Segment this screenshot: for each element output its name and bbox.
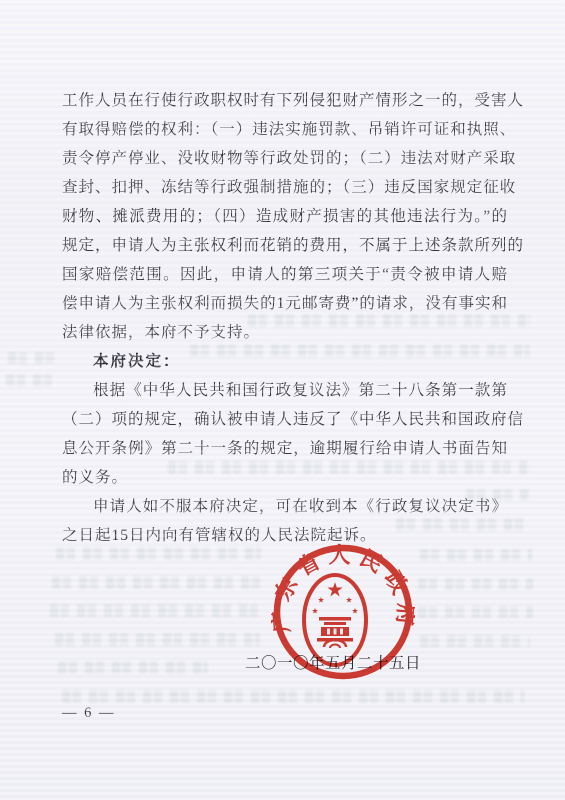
small-star-icon xyxy=(352,608,358,614)
big-star-icon xyxy=(327,582,342,596)
document-line: 责令停产停业、没收财物等行政处罚的；（二）违法对财产采取 xyxy=(62,144,508,173)
page-number: — 6 — xyxy=(62,705,116,722)
bleed-through-text xyxy=(168,461,530,474)
scanned-document-page: 工作人员在行使行政职权时有下列侵犯财产情形之一的，受害人 有取得赔偿的权利：（一… xyxy=(0,0,565,800)
document-line: 有取得赔偿的权利：（一）违法实施罚款、吊销许可证和执照、 xyxy=(62,115,508,144)
tiananmen-gate-icon xyxy=(317,617,353,648)
bleed-through-text xyxy=(55,633,260,646)
bleed-through-text xyxy=(418,606,533,618)
bleed-through-text xyxy=(418,578,533,590)
document-line: （二）项的规定，确认被申请人违反了《中华人民共和国政府信 xyxy=(62,405,508,434)
bleed-through-text xyxy=(8,352,60,364)
bleed-through-text xyxy=(466,489,530,501)
bleed-through-text xyxy=(50,604,265,617)
document-line: 息公开条例》第二十一条的规定，逾期履行给申请人书面告知 xyxy=(62,434,508,463)
document-date: 二〇一〇年五月二十五日 xyxy=(245,651,421,673)
bleed-through-text xyxy=(56,547,261,560)
bleed-through-text xyxy=(52,576,262,589)
bleed-through-text xyxy=(6,374,52,386)
document-line: 查封、扣押、冻结等行政强制措施的；（三）违反国家规定征收 xyxy=(62,173,508,202)
bleed-through-text xyxy=(420,549,532,561)
bleed-through-text xyxy=(190,344,530,357)
document-line: 规定，申请人为主张权利而花销的费用，不属于上述条款所列的 xyxy=(62,231,508,260)
bleed-through-text xyxy=(396,518,528,531)
small-star-icon xyxy=(318,597,324,603)
bleed-through-text xyxy=(420,635,530,647)
document-line: 国家赔偿范围。因此，申请人的第三项关于“责令被申请人赔 xyxy=(62,260,508,289)
small-star-icon xyxy=(312,608,318,614)
bleed-through-text xyxy=(58,661,208,674)
document-line: 申请人如不服本府决定，可在收到本《行政复议决定书》 xyxy=(62,492,508,521)
bleed-through-text xyxy=(248,314,530,327)
bleed-through-text xyxy=(62,690,524,703)
document-line: 财物、摊派费用的；（四）造成财产损害的其他违法行为。”的 xyxy=(62,202,508,231)
document-line: 工作人员在行使行政职权时有下列侵犯财产情形之一的，受害人 xyxy=(62,86,508,115)
document-line: 根据《中华人民共和国行政复议法》第二十八条第一款第 xyxy=(62,376,508,405)
small-star-icon xyxy=(346,597,352,603)
